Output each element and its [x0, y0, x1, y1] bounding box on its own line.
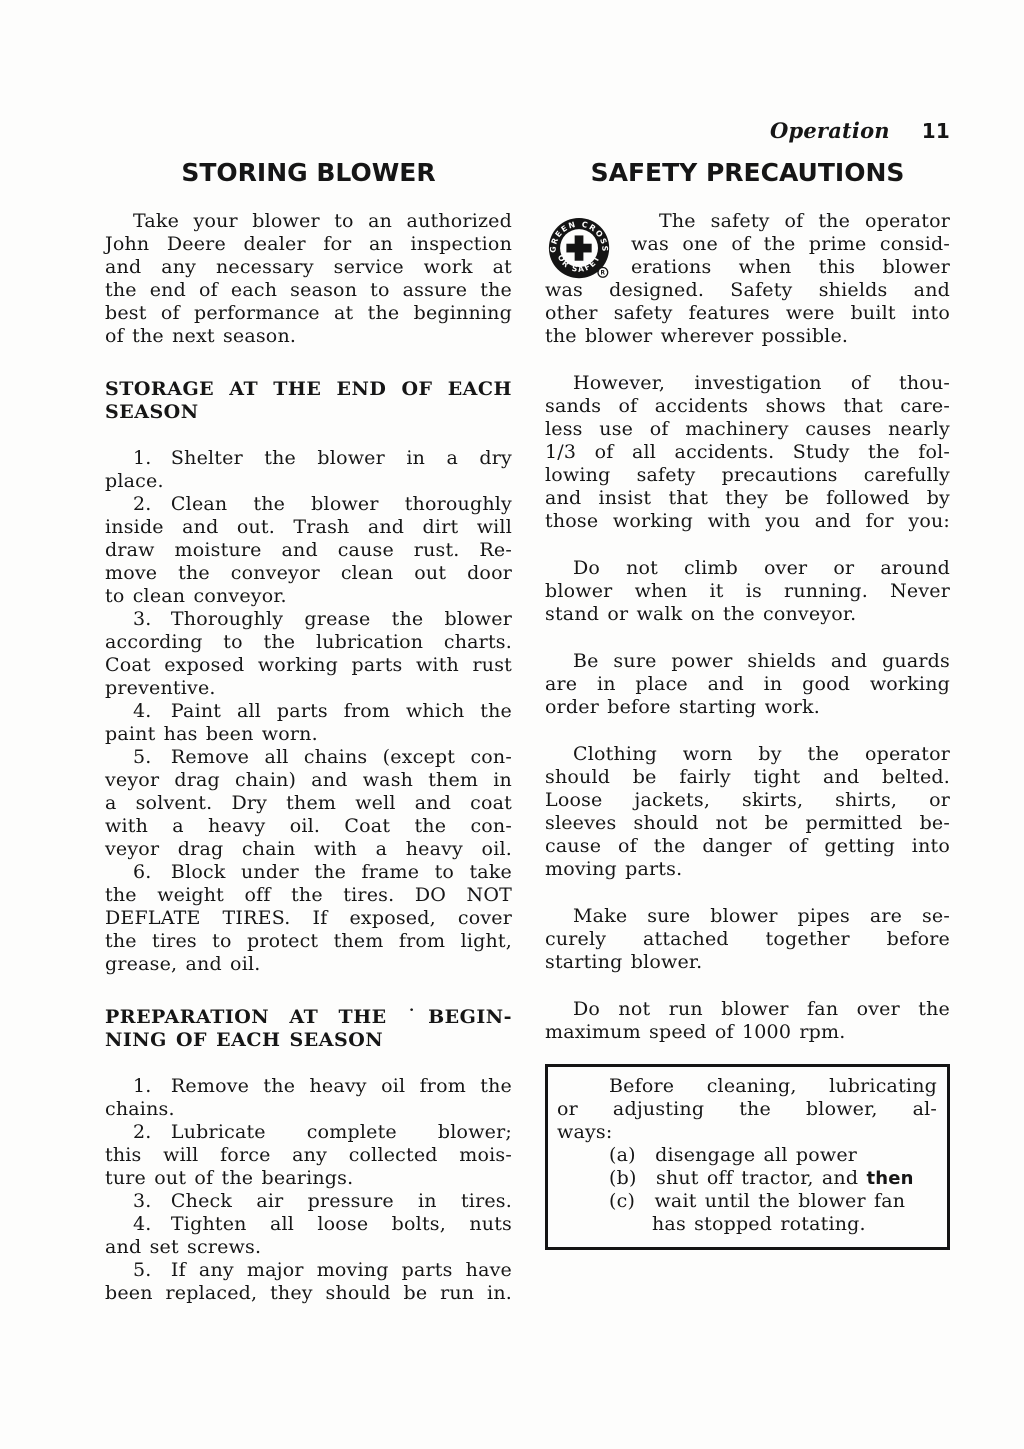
text-line: (b) shut off tractor, and then — [557, 1167, 937, 1190]
left-column: STORING BLOWER Take your blower to an au… — [105, 158, 512, 1305]
text-line: (a) disengage all power — [557, 1144, 937, 1167]
text-line: Do not run blower fan over the — [545, 998, 950, 1021]
text-line: 1. Shelter the blower in a dry — [105, 447, 512, 470]
paragraph: Take your blower to an authorizedJohn De… — [105, 210, 512, 348]
text-line: lowing safety precautions carefully — [545, 464, 950, 487]
right-column-heading: SAFETY PRECAUTIONS — [545, 158, 950, 188]
text-line: 2. Clean the blower thoroughly — [105, 493, 512, 516]
paragraph: However, investigation of thou-sands of … — [545, 372, 950, 533]
paragraph: 3. Thoroughly grease the bloweraccording… — [105, 608, 512, 700]
text-line: erations when this blower — [631, 256, 950, 279]
text-line: move the conveyor clean out door — [105, 562, 512, 585]
paragraph: Be sure power shields and guardsare in p… — [545, 650, 950, 719]
paragraph: 6. Block under the frame to takethe weig… — [105, 861, 512, 976]
text-line: veyor drag chain) and wash them in — [105, 769, 512, 792]
text-line: PREPARATION AT THE ˙BEGIN- — [105, 1006, 512, 1029]
text-line: and set screws. — [105, 1236, 512, 1259]
text-line: been replaced, they should be run in. — [105, 1282, 512, 1305]
text-line: moving parts. — [545, 858, 950, 881]
text-line: preventive. — [105, 677, 512, 700]
text-line: Before cleaning, lubricating — [557, 1075, 937, 1098]
text-line: John Deere dealer for an inspection — [105, 233, 512, 256]
text-line: a solvent. Dry them well and coat — [105, 792, 512, 815]
text-line: 2. Lubricate complete blower; — [105, 1121, 512, 1144]
paragraph: Clothing worn by the operatorshould be f… — [545, 743, 950, 881]
text-line: those working with you and for you: — [545, 510, 950, 533]
paragraph: 1. Remove the heavy oil from thechains. — [105, 1075, 512, 1121]
text-line: the tires to protect them from light, — [105, 930, 512, 953]
text-line: has stopped rotating. — [557, 1213, 937, 1236]
two-column-layout: STORING BLOWER Take your blower to an au… — [105, 158, 950, 1305]
text-line: starting blower. — [545, 951, 950, 974]
paragraph: 2. Lubricate complete blower;this will f… — [105, 1121, 512, 1190]
text-line: chains. — [105, 1098, 512, 1121]
text-line: 6. Block under the frame to take — [105, 861, 512, 884]
text-line: However, investigation of thou- — [545, 372, 950, 395]
text-line: 5. Remove all chains (except con- — [105, 746, 512, 769]
manual-page: Operation11 STORING BLOWER Take your blo… — [0, 0, 1024, 1449]
paragraph: 1. Shelter the blower in a dryplace. — [105, 447, 512, 493]
text-line: of the next season. — [105, 325, 512, 348]
right-column: SAFETY PRECAUTIONS GREEN CROSS FOR SAFET… — [545, 158, 950, 1305]
left-column-text: Take your blower to an authorizedJohn De… — [105, 210, 512, 1305]
right-column-text: The safety of the operatorwas one of the… — [545, 210, 950, 1250]
text-line: 3. Check air pressure in tires. — [105, 1190, 512, 1213]
left-column-heading: STORING BLOWER — [105, 158, 512, 188]
text-line: 5. If any major moving parts have — [105, 1259, 512, 1282]
text-line: ways: — [557, 1121, 937, 1144]
paragraph: 3. Check air pressure in tires. — [105, 1190, 512, 1213]
text-line: place. — [105, 470, 512, 493]
text-line: stand or walk on the conveyor. — [545, 603, 950, 626]
text-line: are in place and in good working — [545, 673, 950, 696]
text-line: to clean conveyor. — [105, 585, 512, 608]
text-line: Coat exposed working parts with rust — [105, 654, 512, 677]
paragraph: Do not run blower fan over themaximum sp… — [545, 998, 950, 1044]
text-line: Clothing worn by the operator — [545, 743, 950, 766]
text-line: cause of the danger of getting into — [545, 835, 950, 858]
registered-mark: R — [601, 271, 606, 277]
page-number: 11 — [922, 119, 950, 143]
text-line: this will force any collected mois- — [105, 1144, 512, 1167]
text-line: 3. Thoroughly grease the blower — [105, 608, 512, 631]
text-line: Do not climb over or around — [545, 557, 950, 580]
text-line: draw moisture and cause rust. Re- — [105, 539, 512, 562]
text-line: order before starting work. — [545, 696, 950, 719]
text-line: the weight off the tires. DO NOT — [105, 884, 512, 907]
text-line: 1/3 of all accidents. Study the fol- — [545, 441, 950, 464]
running-head: Operation11 — [105, 118, 950, 152]
text-line: 4. Paint all parts from which the — [105, 700, 512, 723]
text-line: Be sure power shields and guards — [545, 650, 950, 673]
text-line: less use of machinery causes nearly — [545, 418, 950, 441]
text-line: 1. Remove the heavy oil from the — [105, 1075, 512, 1098]
text-line: STORAGE AT THE END OF EACH — [105, 378, 512, 401]
paragraph: 5. If any major moving parts havebeen re… — [105, 1259, 512, 1305]
paragraph: Make sure blower pipes are se-curely att… — [545, 905, 950, 974]
cross-horizontal-bar — [566, 244, 591, 253]
text-line: grease, and oil. — [105, 953, 512, 976]
text-line: Take your blower to an authorized — [105, 210, 512, 233]
text-line: blower when it is running. Never — [545, 580, 950, 603]
text-line: The safety of the operator — [631, 210, 950, 233]
paragraph: Do not climb over or aroundblower when i… — [545, 557, 950, 626]
subheading: PREPARATION AT THE ˙BEGIN-NING OF EACH S… — [105, 1006, 512, 1052]
text-line: should be fairly tight and belted. — [545, 766, 950, 789]
text-line: was one of the prime consid- — [631, 233, 950, 256]
paragraph: 4. Paint all parts from which thepaint h… — [105, 700, 512, 746]
text-line: and any necessary service work at — [105, 256, 512, 279]
subheading: STORAGE AT THE END OF EACHSEASON — [105, 378, 512, 424]
text-line: paint has been worn. — [105, 723, 512, 746]
text-line: veyor drag chain with a heavy oil. — [105, 838, 512, 861]
text-line: maximum speed of 1000 rpm. — [545, 1021, 950, 1044]
text-line: other safety features were built into — [545, 302, 950, 325]
paragraph: 5. Remove all chains (except con-veyor d… — [105, 746, 512, 861]
paragraph: 4. Tighten all loose bolts, nutsand set … — [105, 1213, 512, 1259]
green-cross-for-safety-icon: GREEN CROSS FOR SAFETY R — [545, 216, 615, 286]
text-line: sleeves should not be permitted be- — [545, 812, 950, 835]
text-line: DEFLATE TIRES. If exposed, cover — [105, 907, 512, 930]
section-title: Operation — [770, 118, 890, 143]
text-line: Loose jackets, skirts, shirts, or — [545, 789, 950, 812]
text-line: inside and out. Trash and dirt will — [105, 516, 512, 539]
text-line: or adjusting the blower, al- — [557, 1098, 937, 1121]
text-line: the blower wherever possible. — [545, 325, 950, 348]
text-line: curely attached together before — [545, 928, 950, 951]
text-line: with a heavy oil. Coat the con- — [105, 815, 512, 838]
text-line: sands of accidents shows that care- — [545, 395, 950, 418]
text-line: and insist that they be followed by — [545, 487, 950, 510]
text-line: (c) wait until the blower fan — [557, 1190, 937, 1213]
text-line: Make sure blower pipes are se- — [545, 905, 950, 928]
text-line: 4. Tighten all loose bolts, nuts — [105, 1213, 512, 1236]
text-line: according to the lubrication charts. — [105, 631, 512, 654]
text-line: NING OF EACH SEASON — [105, 1029, 512, 1052]
text-line: best of performance at the beginning — [105, 302, 512, 325]
paragraph: 2. Clean the blower thoroughlyinside and… — [105, 493, 512, 608]
text-line: SEASON — [105, 401, 512, 424]
text-line: the end of each season to assure the — [105, 279, 512, 302]
text-line: ture out of the bearings. — [105, 1167, 512, 1190]
warning-box: Before cleaning, lubricatingor adjusting… — [545, 1064, 950, 1250]
